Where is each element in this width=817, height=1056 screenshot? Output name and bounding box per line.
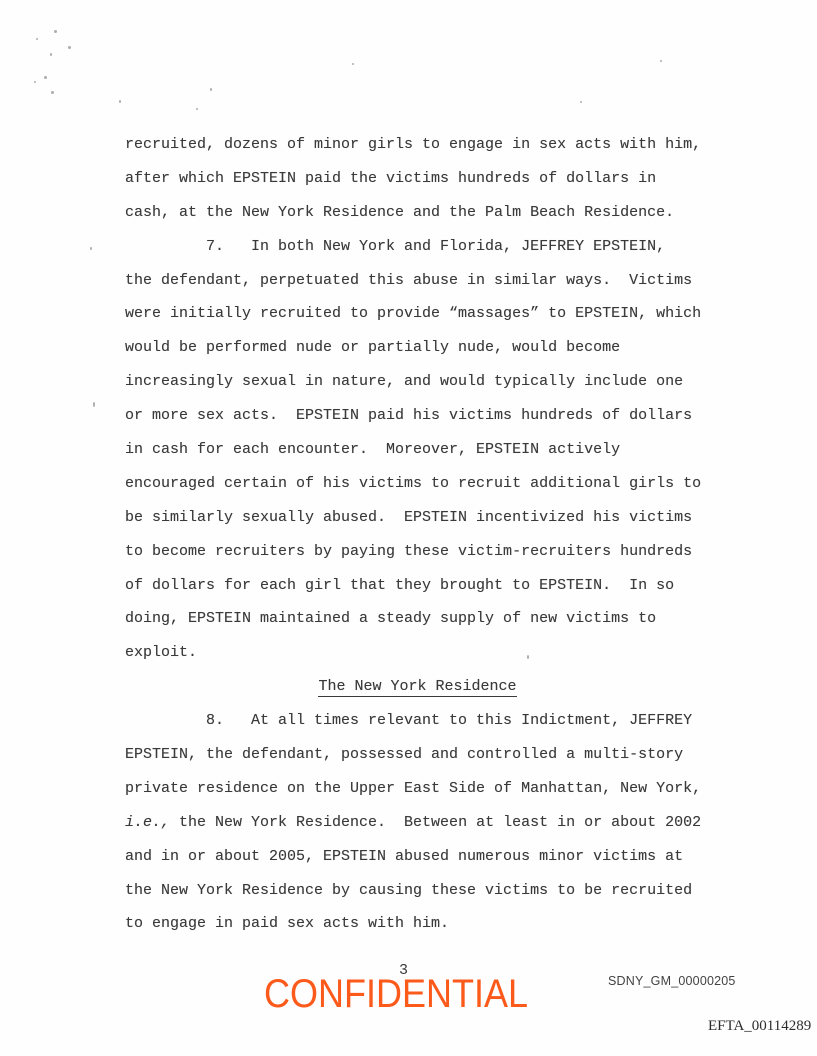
scan-speckle bbox=[68, 46, 71, 49]
document-line: the New York Residence by causing these … bbox=[125, 874, 710, 908]
section-heading: The New York Residence bbox=[125, 670, 710, 704]
bates-number-sdny: SDNY_GM_00000205 bbox=[608, 974, 736, 988]
scan-speckle bbox=[580, 101, 582, 103]
scan-speckle bbox=[34, 81, 36, 83]
document-line: and in or about 2005, EPSTEIN abused num… bbox=[125, 840, 710, 874]
scan-speckle bbox=[210, 88, 212, 91]
document-line: cash, at the New York Residence and the … bbox=[125, 196, 710, 230]
scan-speckle bbox=[352, 63, 354, 65]
scan-speckle bbox=[54, 30, 57, 33]
document-line: to become recruiters by paying these vic… bbox=[125, 535, 710, 569]
scan-speckle bbox=[51, 91, 54, 94]
document-body: recruited, dozens of minor girls to enga… bbox=[125, 128, 710, 941]
document-line: of dollars for each girl that they broug… bbox=[125, 569, 710, 603]
confidential-stamp: CONFIDENTIAL bbox=[264, 972, 528, 1017]
document-line: would be performed nude or partially nud… bbox=[125, 331, 710, 365]
scan-speckle bbox=[36, 38, 38, 40]
document-line: be similarly sexually abused. EPSTEIN in… bbox=[125, 501, 710, 535]
scanned-document-page: recruited, dozens of minor girls to enga… bbox=[0, 0, 817, 1056]
scan-speckle bbox=[93, 402, 95, 407]
bates-number-efta: EFTA_00114289 bbox=[708, 1018, 811, 1035]
document-line: exploit. bbox=[125, 636, 710, 670]
document-line: encouraged certain of his victims to rec… bbox=[125, 467, 710, 501]
document-line: the defendant, perpetuated this abuse in… bbox=[125, 264, 710, 298]
scan-speckle bbox=[119, 100, 121, 103]
document-line: 7. In both New York and Florida, JEFFREY… bbox=[125, 230, 710, 264]
document-line: private residence on the Upper East Side… bbox=[125, 772, 710, 806]
document-line: i.e., the New York Residence. Between at… bbox=[125, 806, 710, 840]
scan-speckle bbox=[196, 108, 198, 110]
document-line: in cash for each encounter. Moreover, EP… bbox=[125, 433, 710, 467]
page-number: 3 bbox=[399, 962, 408, 979]
document-line: 8. At all times relevant to this Indictm… bbox=[125, 704, 710, 738]
document-line: after which EPSTEIN paid the victims hun… bbox=[125, 162, 710, 196]
scan-speckle bbox=[44, 76, 47, 79]
document-line: doing, EPSTEIN maintained a steady suppl… bbox=[125, 602, 710, 636]
document-line: were initially recruited to provide “mas… bbox=[125, 297, 710, 331]
document-line: increasingly sexual in nature, and would… bbox=[125, 365, 710, 399]
document-line: recruited, dozens of minor girls to enga… bbox=[125, 128, 710, 162]
document-line: or more sex acts. EPSTEIN paid his victi… bbox=[125, 399, 710, 433]
scan-speckle bbox=[660, 60, 662, 62]
scan-speckle bbox=[50, 53, 52, 56]
scan-speckle bbox=[90, 247, 92, 250]
document-line: to engage in paid sex acts with him. bbox=[125, 907, 710, 941]
document-line: EPSTEIN, the defendant, possessed and co… bbox=[125, 738, 710, 772]
